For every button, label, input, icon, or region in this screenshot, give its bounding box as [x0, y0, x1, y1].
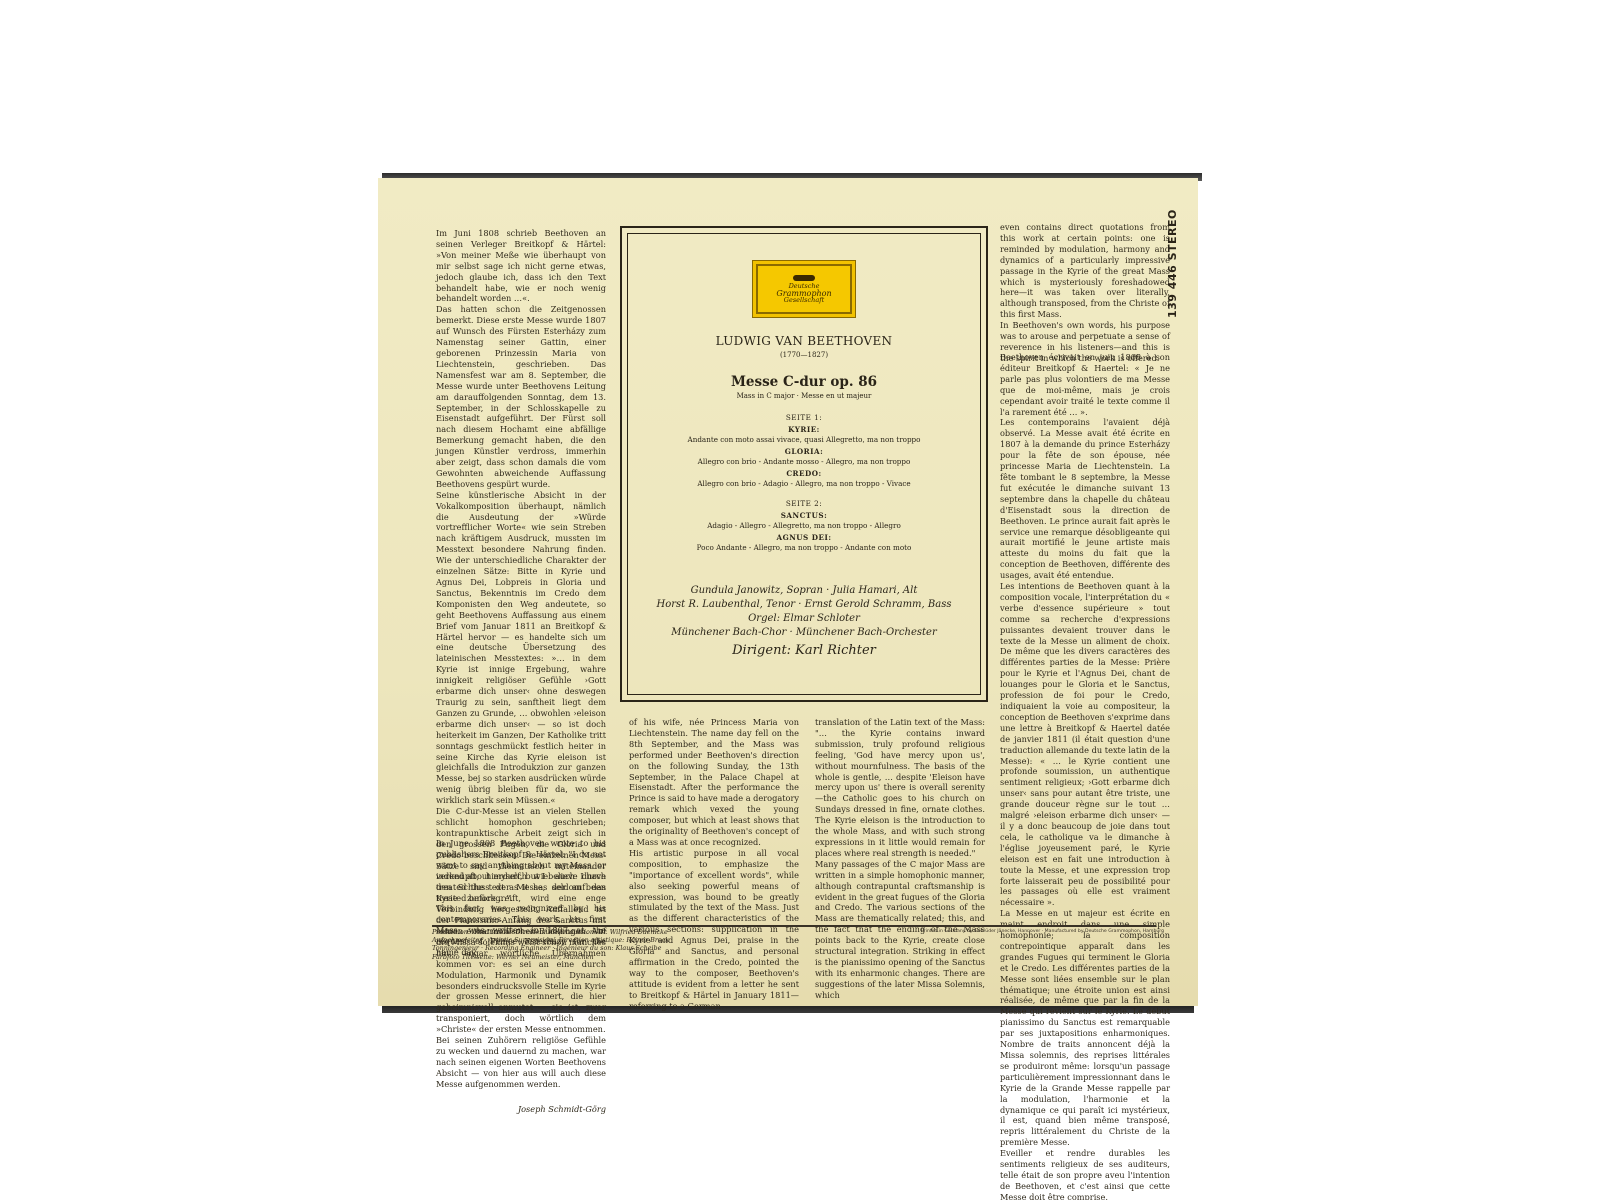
- production-credits: Produktion · Production · Directeur de p…: [432, 928, 669, 961]
- performer-line: Gundula Janowitz, Sopran · Julia Hamari,…: [628, 584, 980, 598]
- credit-line: Farbfoto Titelseite: Werner Neumeister, …: [432, 953, 669, 961]
- catalog-number: 139 446 STEREO: [1166, 228, 1179, 318]
- paragraph: Beethoven écrivait en juin 1808 à son éd…: [1000, 352, 1170, 417]
- paragraph: In June 1808 Beethoven wrote to his publ…: [436, 838, 606, 903]
- tulip-crest-icon: [793, 275, 815, 281]
- performer-line: Münchener Bach-Chor · Münchener Bach-Orc…: [628, 626, 980, 640]
- track-listing: SEITE 1: KYRIE: Andante con moto assai v…: [628, 408, 980, 553]
- paragraph: La Messe en ut majeur est écrite en main…: [1000, 908, 1170, 1148]
- paragraph: Seine künstlerische Absicht in der Vokal…: [436, 490, 606, 806]
- performers: Gundula Janowitz, Sopran · Julia Hamari,…: [628, 584, 980, 658]
- movement-tempo: Poco Andante - Allegro, ma non troppo - …: [628, 543, 980, 553]
- paragraph: Eveiller et rendre durables les sentimen…: [1000, 1148, 1170, 1200]
- title-panel: Deutsche Grammophon Gesellschaft LUDWIG …: [620, 226, 988, 702]
- performer-line: Orgel: Elmar Schloter: [628, 612, 980, 626]
- side-label: SEITE 2:: [628, 499, 980, 509]
- footer-divider: [432, 925, 1156, 927]
- deutsche-grammophon-logo: Deutsche Grammophon Gesellschaft: [756, 264, 852, 314]
- movement-name: AGNUS DEI:: [628, 533, 980, 543]
- movement-name: CREDO:: [628, 469, 980, 479]
- paragraph: Im Juni 1808 schrieb Beethoven an seinen…: [436, 228, 606, 304]
- paragraph: Das hatten schon die Zeitgenossen bemerk…: [436, 304, 606, 489]
- logo-line: Gesellschaft: [784, 297, 824, 304]
- movement-name: SANCTUS:: [628, 511, 980, 521]
- side-label: SEITE 1:: [628, 413, 980, 423]
- movement-tempo: Allegro con brio - Adagio - Allegro, ma …: [628, 479, 980, 489]
- printed-notice: Printed in Germany by Gebrüder Jänecke, …: [921, 929, 1164, 934]
- paragraph: Les intentions de Beethoven quant à la c…: [1000, 581, 1170, 908]
- paragraph: even contains direct quotations from thi…: [1000, 222, 1170, 320]
- composer-dates: (1770—1827): [628, 351, 980, 359]
- author-signature: Joseph Schmidt-Görg: [436, 1104, 606, 1115]
- movement-name: GLORIA:: [628, 447, 980, 457]
- work-title: Messe C-dur op. 86: [628, 374, 980, 390]
- movement-tempo: Andante con moto assai vivace, quasi All…: [628, 435, 980, 445]
- movement-tempo: Allegro con brio - Andante mosso - Alleg…: [628, 457, 980, 467]
- work-subtitle: Mass in C major · Messe en ut majeur: [628, 392, 980, 400]
- paragraph: of his wife, née Princess Maria von Liec…: [629, 717, 799, 848]
- title-panel-inner: Deutsche Grammophon Gesellschaft LUDWIG …: [627, 233, 981, 695]
- paragraph: Bei seinen Zuhörern religiöse Gefühle zu…: [436, 1035, 606, 1090]
- liner-notes-english-part3: translation of the Latin text of the Mas…: [815, 717, 985, 1001]
- conductor: Dirigent: Karl Richter: [628, 644, 980, 658]
- liner-notes-english-part4: even contains direct quotations from thi…: [1000, 222, 1170, 364]
- movement-name: KYRIE:: [628, 425, 980, 435]
- movement-tempo: Adagio - Allegro - Allegretto, ma non tr…: [628, 521, 980, 531]
- composer-name: LUDWIG VAN BEETHOVEN: [628, 334, 980, 348]
- credit-line: Produktion · Production · Directeur de p…: [432, 928, 669, 936]
- credit-line: Aufnahmeleiter · Artistic Supervision · …: [432, 936, 669, 944]
- liner-notes-english-part2: of his wife, née Princess Maria von Liec…: [629, 717, 799, 1011]
- liner-notes-french: Beethoven écrivait en juin 1808 à son éd…: [1000, 352, 1170, 1200]
- paragraph: Les contemporains l'avaient déjà observé…: [1000, 417, 1170, 581]
- paragraph: translation of the Latin text of the Mas…: [815, 717, 985, 859]
- performer-line: Horst R. Laubenthal, Tenor · Ernst Gerol…: [628, 598, 980, 612]
- liner-notes-german: Im Juni 1808 schrieb Beethoven an seinen…: [436, 228, 606, 1115]
- credit-line: Tonningenieur · Recording Engineer · Ing…: [432, 944, 669, 952]
